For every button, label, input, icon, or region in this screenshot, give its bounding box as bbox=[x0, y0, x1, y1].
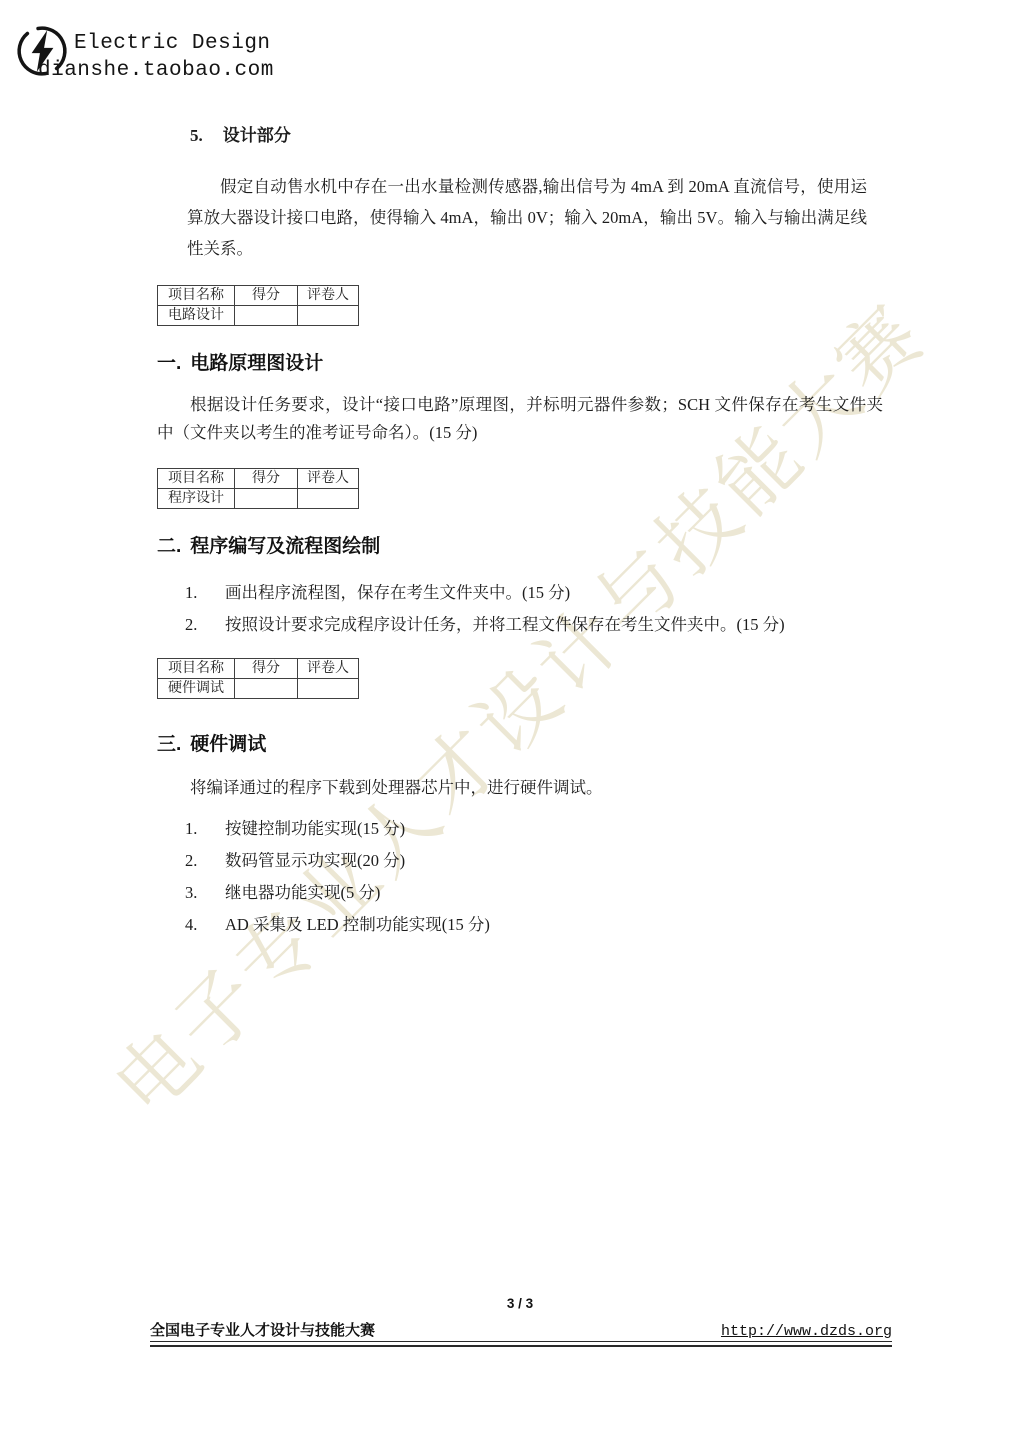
footer-organization: 全国电子专业人才设计与技能大赛 bbox=[150, 1319, 375, 1340]
reviewer-cell bbox=[298, 489, 359, 509]
section-heading-debug: 三. 硬件调试 bbox=[157, 734, 883, 756]
footer-divider bbox=[150, 1345, 892, 1347]
col-header-score: 得分 bbox=[235, 286, 298, 306]
brand-url: dianshe.taobao.com bbox=[38, 59, 274, 82]
score-cell bbox=[235, 679, 298, 699]
intro-paragraph: 假定自动售水机中存在一出水量检测传感器,输出信号为 4mA 到 20mA 直流信… bbox=[187, 171, 867, 264]
table-row: 程序设计 bbox=[158, 489, 359, 509]
list-item-number: 2. bbox=[185, 849, 225, 873]
list-item: 1. 按键控制功能实现(15 分) bbox=[185, 817, 883, 841]
score-table-hardware: 项目名称 得分 评卷人 硬件调试 bbox=[157, 658, 359, 699]
list-item: 3. 继电器功能实现(5 分) bbox=[185, 881, 883, 905]
section-title: 程序编写及流程图绘制 bbox=[190, 536, 380, 558]
col-header-project: 项目名称 bbox=[158, 286, 235, 306]
col-header-project: 项目名称 bbox=[158, 469, 235, 489]
col-header-reviewer: 评卷人 bbox=[298, 469, 359, 489]
list-item-number: 2. bbox=[185, 613, 225, 637]
score-table-circuit: 项目名称 得分 评卷人 电路设计 bbox=[157, 285, 359, 326]
section-number: 一. bbox=[157, 353, 181, 375]
section-paragraph-schematic: 根据设计任务要求，设计“接口电路”原理图，并标明元器件参数；SCH 文件保存在考… bbox=[157, 391, 883, 447]
section-title: 电路原理图设计 bbox=[190, 353, 323, 375]
section-heading-programming: 二. 程序编写及流程图绘制 bbox=[157, 536, 883, 558]
list-item: 2. 按照设计要求完成程序设计任务，并将工程文件保存在考生文件夹中。(15 分) bbox=[185, 613, 883, 637]
list-item-text: 继电器功能实现(5 分) bbox=[225, 881, 380, 905]
section-title: 硬件调试 bbox=[190, 734, 266, 756]
col-header-project: 项目名称 bbox=[158, 659, 235, 679]
col-header-reviewer: 评卷人 bbox=[298, 659, 359, 679]
col-header-score: 得分 bbox=[235, 659, 298, 679]
footer-row: 全国电子专业人才设计与技能大赛 http://www.dzds.org bbox=[150, 1319, 892, 1342]
list-item-number: 4. bbox=[185, 913, 225, 937]
project-name-cell: 硬件调试 bbox=[158, 679, 235, 699]
doc-section-title: 5. 设计部分 bbox=[190, 125, 883, 146]
score-cell bbox=[235, 489, 298, 509]
col-header-score: 得分 bbox=[235, 469, 298, 489]
score-table-program: 项目名称 得分 评卷人 程序设计 bbox=[157, 468, 359, 509]
score-cell bbox=[235, 306, 298, 326]
project-name-cell: 程序设计 bbox=[158, 489, 235, 509]
reviewer-cell bbox=[298, 679, 359, 699]
list-item-number: 3. bbox=[185, 881, 225, 905]
table-row: 电路设计 bbox=[158, 306, 359, 326]
list-item-text: 按照设计要求完成程序设计任务，并将工程文件保存在考生文件夹中。(15 分) bbox=[225, 613, 785, 637]
list-item: 1. 画出程序流程图，保存在考生文件夹中。(15 分) bbox=[185, 581, 883, 605]
table-row: 硬件调试 bbox=[158, 679, 359, 699]
section-paragraph-debug: 将编译通过的程序下载到处理器芯片中，进行硬件调试。 bbox=[157, 776, 883, 800]
list-item-text: 按键控制功能实现(15 分) bbox=[225, 817, 405, 841]
list-item-text: AD 采集及 LED 控制功能实现(15 分) bbox=[225, 913, 490, 937]
project-name-cell: 电路设计 bbox=[158, 306, 235, 326]
page-footer: 全国电子专业人才设计与技能大赛 http://www.dzds.org bbox=[150, 1319, 892, 1347]
brand-name: Electric Design bbox=[74, 32, 271, 55]
list-item-number: 1. bbox=[185, 581, 225, 605]
list-item-text: 画出程序流程图，保存在考生文件夹中。(15 分) bbox=[225, 581, 570, 605]
footer-url-link[interactable]: http://www.dzds.org bbox=[721, 1323, 892, 1340]
document-body: 5. 设计部分 假定自动售水机中存在一出水量检测传感器,输出信号为 4mA 到 … bbox=[157, 125, 883, 937]
hardware-task-list: 1. 按键控制功能实现(15 分) 2. 数码管显示功实现(20 分) 3. 继… bbox=[157, 817, 883, 937]
programming-task-list: 1. 画出程序流程图，保存在考生文件夹中。(15 分) 2. 按照设计要求完成程… bbox=[157, 581, 883, 637]
doc-section-label: 设计部分 bbox=[223, 125, 291, 146]
list-item: 4. AD 采集及 LED 控制功能实现(15 分) bbox=[185, 913, 883, 937]
list-item: 2. 数码管显示功实现(20 分) bbox=[185, 849, 883, 873]
list-item-text: 数码管显示功实现(20 分) bbox=[225, 849, 405, 873]
list-item-number: 1. bbox=[185, 817, 225, 841]
doc-section-number: 5. bbox=[190, 125, 203, 146]
reviewer-cell bbox=[298, 306, 359, 326]
col-header-reviewer: 评卷人 bbox=[298, 286, 359, 306]
page-number: 3 / 3 bbox=[157, 1296, 883, 1311]
section-number: 三. bbox=[157, 734, 181, 756]
section-heading-schematic: 一. 电路原理图设计 bbox=[157, 353, 883, 375]
section-number: 二. bbox=[157, 536, 181, 558]
